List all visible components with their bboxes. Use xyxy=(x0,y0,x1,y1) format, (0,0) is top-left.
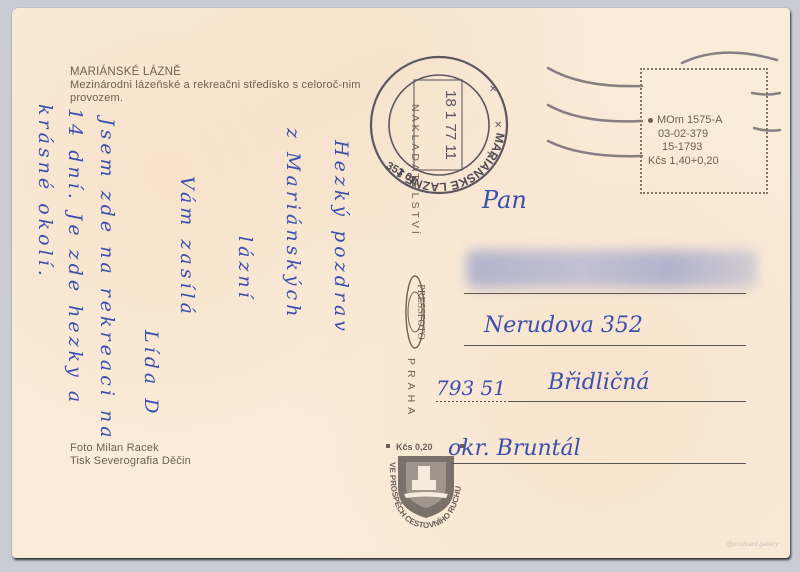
message-line-6: Jsem zde na rekreaci na xyxy=(96,118,118,442)
message-line-8: krásné okolí. xyxy=(34,104,56,280)
svg-text:✕: ✕ xyxy=(489,84,497,95)
district: okr. Bruntál xyxy=(448,436,581,461)
tourism-price: Kčs 0,20 xyxy=(396,442,433,452)
salutation: Pan xyxy=(482,186,527,214)
message-line-1: Hezký pozdrav xyxy=(330,140,352,335)
indicia-price: Kčs 1,40+0,20 xyxy=(648,155,722,169)
indicia-code: MOm 1575-A xyxy=(657,114,722,126)
message-line-7: 14 dní. Je zde hezky a xyxy=(64,108,86,406)
svg-text:✕: ✕ xyxy=(494,120,502,131)
message-line-5: Lída D xyxy=(140,330,162,417)
postcard-subtitle: Mezinárodni lázeňské a rekreačni středis… xyxy=(70,79,380,105)
watermark: @postcard.gallery xyxy=(726,541,778,548)
town: Břidličná xyxy=(548,370,649,395)
print-credit: Tisk Severografia Děčin xyxy=(70,455,191,468)
svg-text:✕: ✕ xyxy=(486,150,494,161)
street: Nerudova 352 xyxy=(484,313,643,338)
message-line-2: z Mariánských xyxy=(282,128,304,320)
address-line-4 xyxy=(452,463,746,464)
address-line-2 xyxy=(464,345,746,346)
publisher-name: NAKLADATELSTVÍ xyxy=(405,104,421,237)
bullet-icon xyxy=(648,118,653,123)
message-line-4: Vám zasílá xyxy=(176,176,198,318)
address-line-1 xyxy=(464,293,746,294)
publisher-city: PRAHA xyxy=(405,358,417,419)
pressfoto-text: PRESSFOTO xyxy=(415,284,426,339)
postmark-date: 18 1 77 11 xyxy=(442,90,459,160)
pressfoto-logo-icon: PRESSFOTO xyxy=(404,272,426,352)
postage-indicia: MOm 1575-A 03-02-379 15-1793 Kčs 1,40+0,… xyxy=(640,68,768,194)
message-line-3: lázní xyxy=(234,236,256,302)
redacted-recipient-name xyxy=(467,250,757,288)
address-line-3 xyxy=(509,401,746,402)
postal-code: 793 51 xyxy=(436,376,506,400)
postmark-icon: MARIÁNSKÉ LÁZNĚ 1 18 1 77 11 353 01 ✕ ✕ … xyxy=(364,50,514,200)
postcard-back: MARIÁNSKÉ LÁZNĚ Mezinárodni lázeňské a r… xyxy=(12,8,790,558)
photo-credits: Foto Milan Racek Tisk Severografia Děčin xyxy=(70,442,191,468)
indicia-series: 15-1793 xyxy=(648,141,722,155)
photo-credit: Foto Milan Racek xyxy=(70,442,191,455)
postcard-title: MARIÁNSKÉ LÁZNĚ xyxy=(70,66,181,79)
indicia-number: 03-02-379 xyxy=(648,128,722,142)
